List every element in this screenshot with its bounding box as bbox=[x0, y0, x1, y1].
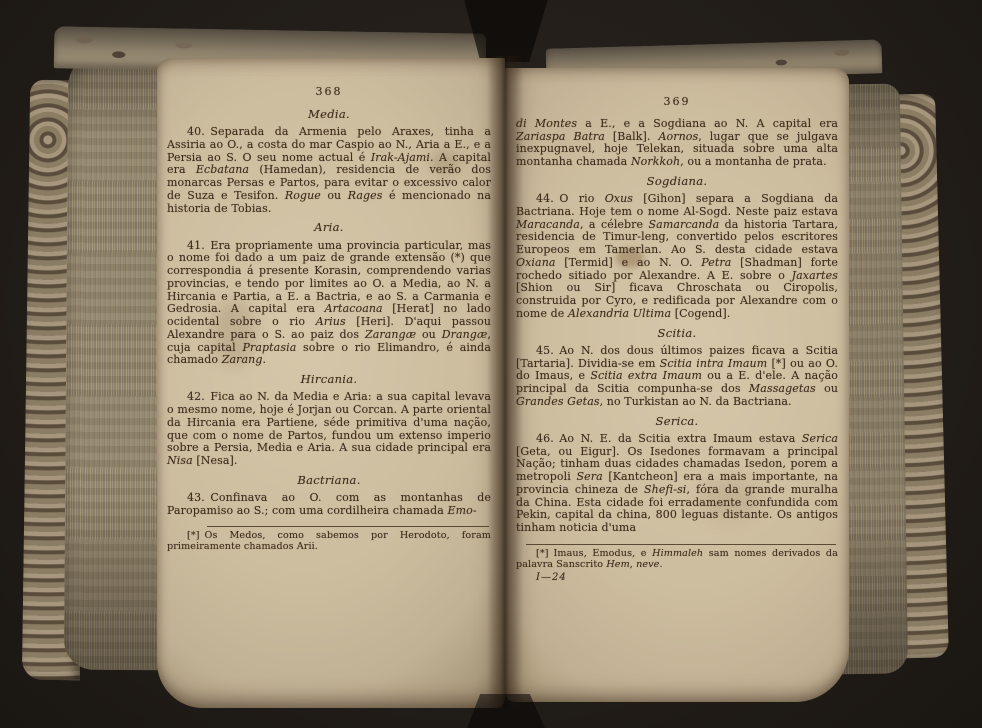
right-page-text: 369 di Montes a E., e a Sogdiana ao N. A… bbox=[516, 96, 838, 584]
right-footnote: [*] Imaus, Emodus, e Himmaleh sam nomes … bbox=[516, 548, 838, 571]
signature-mark: I—24 bbox=[516, 572, 838, 584]
continuation-paragraph: di Montes a E., e a Sogdiana ao N. A cap… bbox=[516, 118, 838, 169]
section-heading-aria: Aria. bbox=[167, 221, 491, 234]
book-photo: 368 Media. 40. Separada da Armenia pelo … bbox=[0, 0, 982, 728]
section-heading-serica: Serica. bbox=[516, 415, 838, 428]
section-heading-bactriana: Bactriana. bbox=[167, 474, 491, 487]
paragraph-43: 43. Confinava ao O. com as montanhas de … bbox=[167, 492, 491, 518]
left-page-text: 368 Media. 40. Separada da Armenia pelo … bbox=[167, 86, 491, 553]
right-footnote-rule bbox=[526, 544, 836, 545]
paragraph-44: 44. O rio Oxus [Gihon] separa a Sogdiana… bbox=[516, 193, 838, 321]
left-footnote-rule bbox=[207, 526, 489, 527]
paragraph-46: 46. Ao N. E. da Scitia extra Imaum estav… bbox=[516, 433, 838, 535]
paragraph-40: 40. Separada da Armenia pelo Araxes, tin… bbox=[167, 126, 491, 215]
left-page-number: 368 bbox=[167, 86, 491, 99]
paragraph-42: 42. Fica ao N. da Media e Aria: a sua ca… bbox=[167, 391, 491, 468]
section-heading-hircania: Hircania. bbox=[167, 373, 491, 386]
section-heading-sogdiana: Sogdiana. bbox=[516, 175, 838, 188]
section-heading-media: Media. bbox=[167, 108, 491, 121]
section-heading-scitia: Scitia. bbox=[516, 327, 838, 340]
right-page-number: 369 bbox=[516, 96, 838, 109]
paragraph-41: 41. Era propriamente uma provincia parti… bbox=[167, 240, 491, 368]
paragraph-45: 45. Ao N. dos dous últimos paizes ficava… bbox=[516, 345, 838, 409]
left-footnote: [*] Os Medos, como sabemos por Herodoto,… bbox=[167, 530, 491, 553]
